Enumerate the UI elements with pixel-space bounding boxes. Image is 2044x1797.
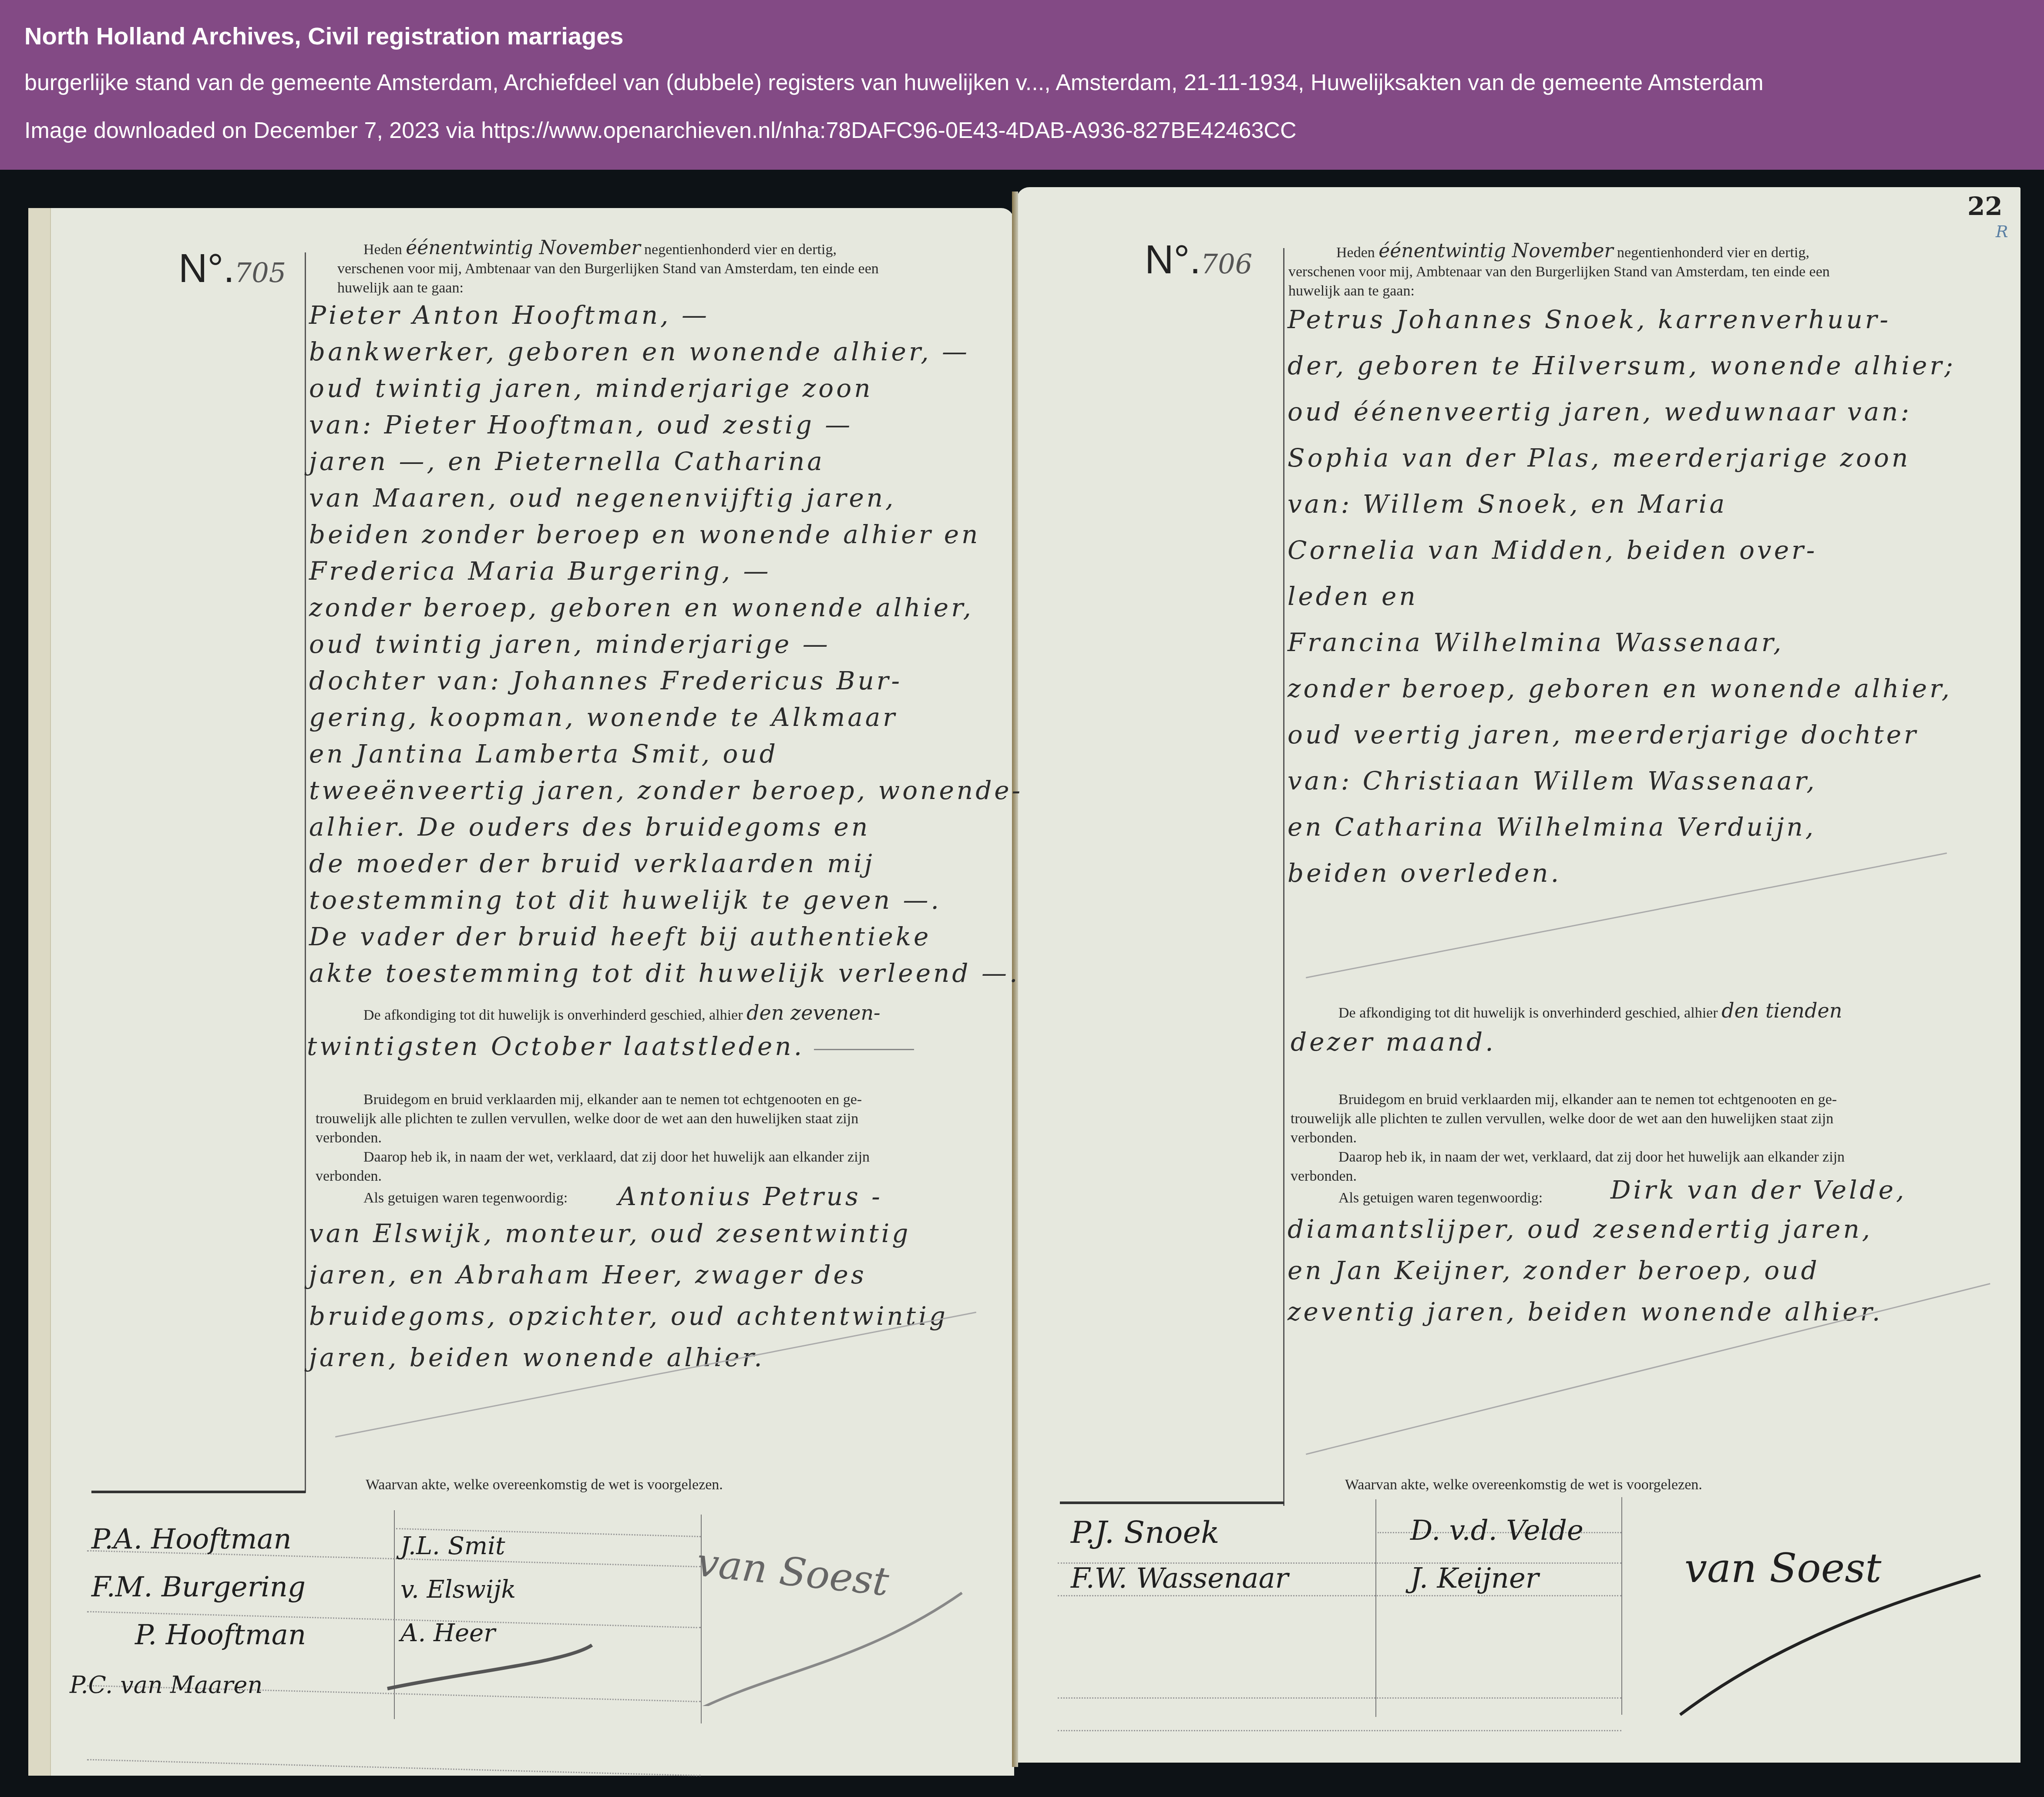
pencil-mark: R [1996,222,2008,241]
sig-line [1058,1697,1621,1699]
intro-text-left: Heden éénentwintig November negentienhon… [337,238,999,298]
handwritten-line: der, geboren te Hilversum, wonende alhie… [1288,351,1956,380]
archive-title: North Holland Archives, Civil registrati… [24,22,624,50]
handwritten-line: bankwerker, geboren en wonende alhier, — [309,337,970,366]
handwritten-line: van: Christiaan Willem Wassenaar, [1288,766,1817,796]
handwritten-date: éénentwintig November [406,237,640,259]
handwritten-date: éénentwintig November [1378,240,1613,262]
signature-witness-2-right: J. Keijner [1410,1562,1539,1595]
act-number-value: 706 [1201,248,1252,280]
signature-groom-right: P.J. Snoek [1071,1515,1219,1550]
signature-flourish [1654,1523,2002,1719]
handwritten-line: Petrus Johannes Snoek, karrenverhuur- [1288,305,1891,334]
handwritten-line: beiden zonder beroep en wonende alhier e… [309,520,980,549]
signature-bride-left: F.M. Burgering [91,1571,306,1603]
act-number-prefix: N°. [178,246,235,291]
getuigen-hw-first-right: Dirk van der Velde, [1610,1175,1906,1205]
afkondiging-right: De afkondiging tot dit huwelijk is onver… [1338,1001,2000,1023]
download-note: Image downloaded on December 7, 2023 via… [24,118,1296,144]
handwritten-line: jaren, beiden wonende alhier. [309,1343,765,1372]
handwritten-line: gering, koopman, wonende te Alkmaar [309,702,898,732]
sig-line [1058,1595,1621,1596]
handwritten-line: zonder beroep, geboren en wonende alhier… [309,593,974,622]
handwritten-line: tweeënveertig jaren, zonder beroep, wone… [309,776,1023,805]
handwritten-line: alhier. De ouders des bruidegoms en [309,812,870,842]
intro-text-right: Heden éénentwintig November negentienhon… [1288,242,1985,301]
waarvan-right: Waarvan akte, welke overeenkomstig de we… [1345,1475,1702,1495]
handwritten-line: oud veertig jaren, meerderjarige dochter [1288,720,1919,749]
signature-bride-right: F.W. Wassenaar [1071,1562,1288,1595]
handwritten-line: en Jantina Lamberta Smit, oud [309,739,778,769]
afkondiging-hw-left: twintigsten October laatstleden. [307,1031,804,1061]
signature-witness-1-left: J.L. Smit [400,1532,505,1560]
handwritten-line: bruidegoms, opzichter, oud achtentwintig [309,1301,948,1331]
handwritten-line: Cornelia van Midden, beiden over- [1288,535,1817,565]
handwritten-line: oud twintig jaren, minderjarige zoon [309,373,873,403]
waarvan-left: Waarvan akte, welke overeenkomstig de we… [366,1475,723,1495]
handwritten-line: akte toestemming tot dit huwelijk verlee… [309,958,1020,988]
handwritten-line: van: Willem Snoek, en Maria [1288,489,1727,519]
handwritten-line: diamantslijper, oud zesendertig jaren, [1288,1214,1873,1244]
handwritten-line: van: Pieter Hooftman, oud zestig — [309,410,853,440]
record-description: burgerlijke stand van de gemeente Amster… [24,70,1764,96]
handwritten-line: en Catharina Wilhelmina Verduijn, [1288,812,1816,842]
handwritten-line: en Jan Keijner, zonder beroep, oud [1288,1256,1820,1285]
afkondiging-left: De afkondiging tot dit huwelijk is onver… [337,1003,999,1025]
handwritten-line: De vader der bruid heeft bij authentieke [309,922,931,951]
handwritten-line: Sophia van der Plas, meerderjarige zoon [1288,443,1910,473]
signature-father-left: P. Hooftman [135,1619,306,1651]
handwritten-line: zeventig jaren, beiden wonende alhier. [1288,1297,1883,1327]
act-number-left: N°.705 [178,246,286,292]
handwritten-line: oud twintig jaren, minderjarige — [309,629,830,659]
sig-col-divider [1621,1497,1622,1715]
signature-flourish [383,1567,992,1706]
line-filler [814,1049,914,1050]
signature-witness-1-right: D. v.d. Velde [1410,1515,1583,1547]
handwritten-line: dochter van: Johannes Fredericus Bur- [309,666,902,695]
handwritten-line: jaren —, en Pieternella Catharina [309,447,825,476]
handwritten-line: leden en [1288,581,1418,611]
act-number-value: 705 [235,257,286,289]
handwritten-line: de moeder der bruid verklaarden mij [309,849,875,878]
signature-groom-left: P.A. Hooftman [91,1523,292,1555]
handwritten-line: beiden overleden. [1288,858,1561,888]
handwritten-line: van Maaren, oud negenenvijftig jaren, [309,483,896,513]
afkondiging-hw-right: dezer maand. [1291,1027,1496,1057]
handwritten-line: oud éénenveertig jaren, weduwnaar van: [1288,397,1912,427]
handwritten-line: Frederica Maria Burgering, — [309,556,771,586]
handwritten-line: jaren, en Abraham Heer, zwager des [309,1260,867,1290]
handwritten-line: van Elswijk, monteur, oud zesentwintig [309,1219,911,1248]
page-stack-edge [28,208,51,1776]
handwritten-line: Pieter Anton Hooftman, — [309,300,709,330]
handwritten-line: zonder beroep, geboren en wonende alhier… [1288,674,1952,703]
archive-header: North Holland Archives, Civil registrati… [0,0,2044,170]
margin-rule-right [1283,248,1284,1506]
margin-end-rule-right [1060,1501,1284,1504]
getuigen-hw-first-left: Antonius Petrus - [618,1182,883,1211]
signature-mother-left: P.C. van Maaren [70,1671,262,1699]
margin-end-rule-left [91,1491,306,1493]
handwritten-line: Francina Wilhelmina Wassenaar, [1288,628,1784,657]
sig-col-divider [1375,1499,1376,1717]
act-number-right: N°.706 [1145,237,1252,283]
sig-line [1058,1730,1621,1731]
act-number-prefix: N°. [1145,238,1201,282]
handwritten-line: toestemming tot dit huwelijk te geven —. [309,885,941,915]
page-number: 22 [1967,191,2003,221]
margin-rule-left [305,252,306,1493]
